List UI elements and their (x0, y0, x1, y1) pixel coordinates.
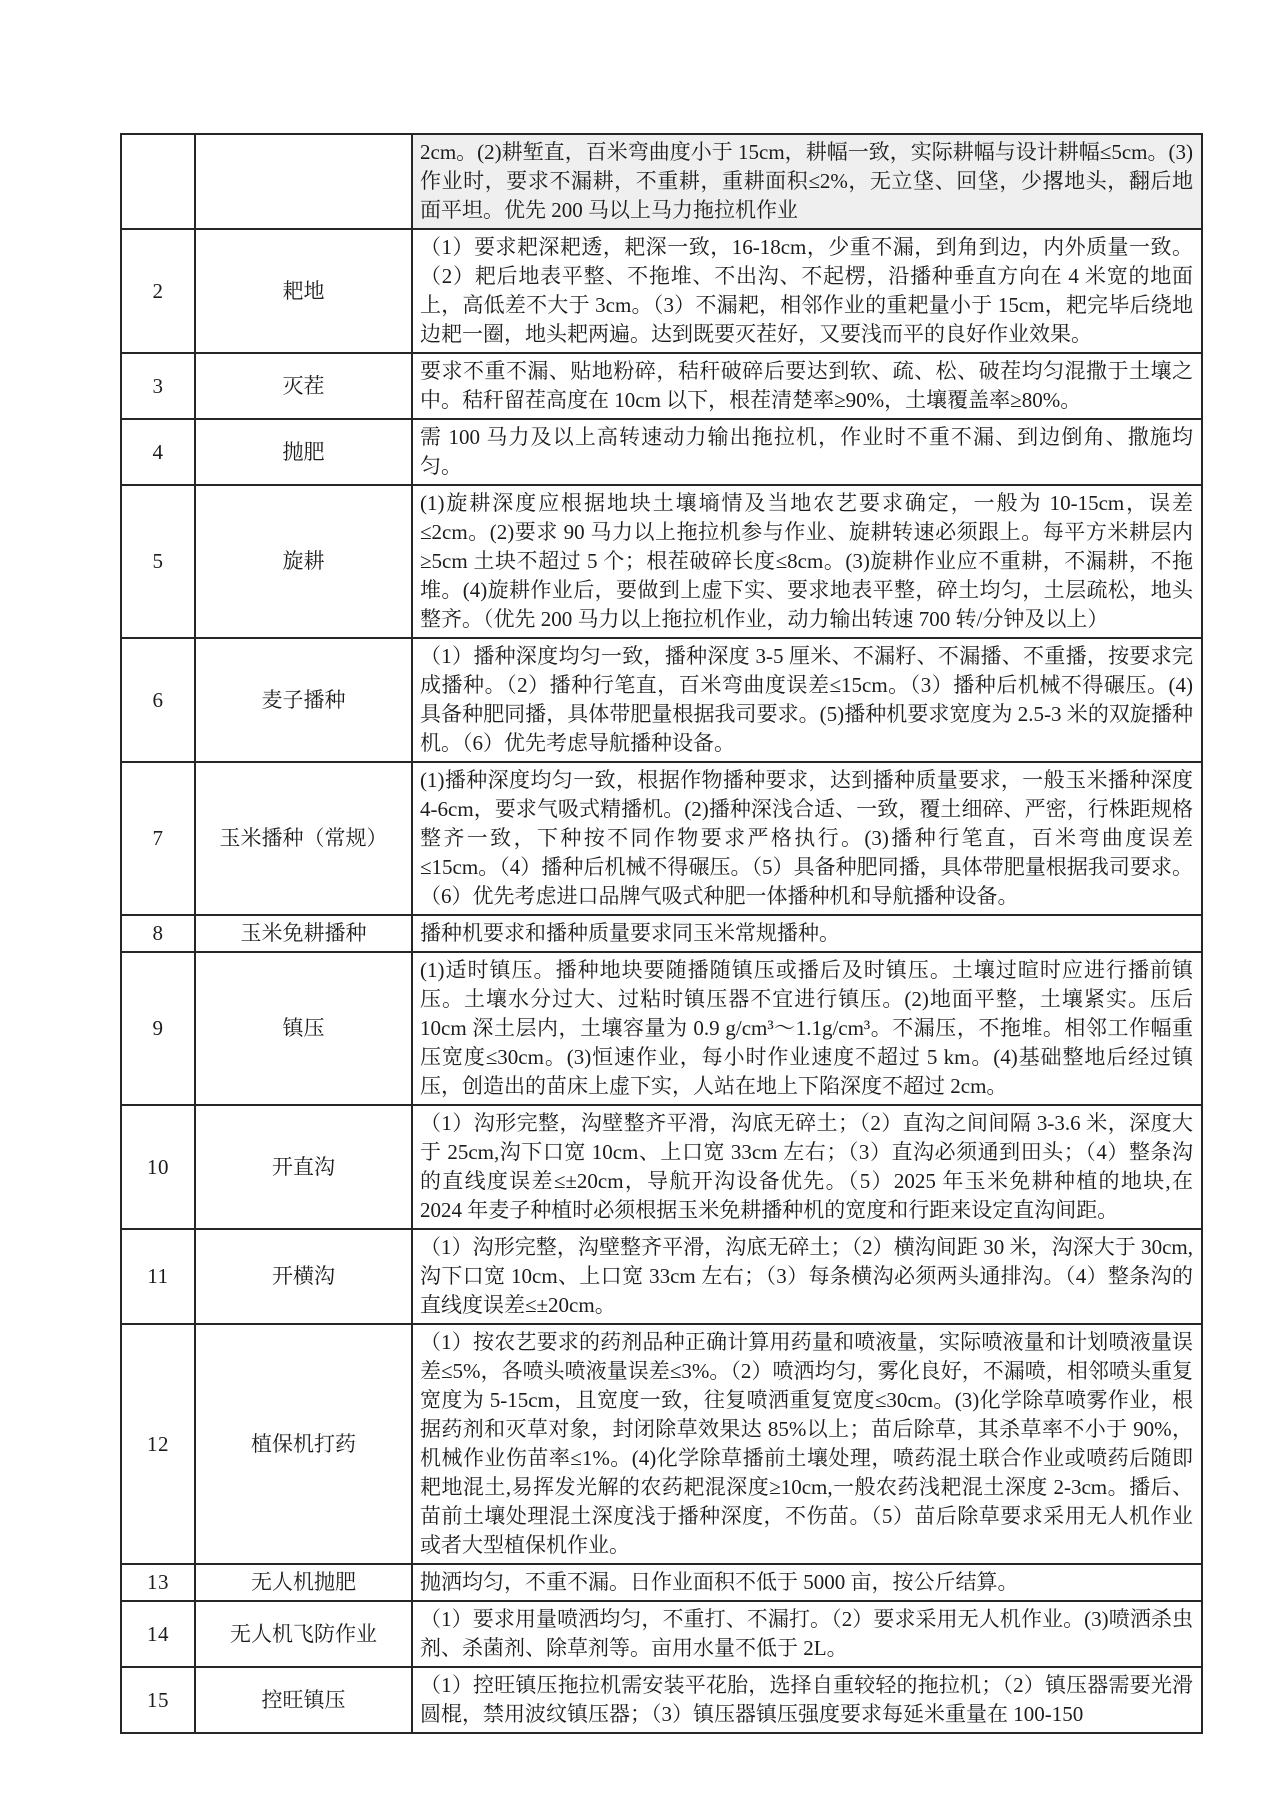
table-row: 6麦子播种（1）播种深度均匀一致，播种深度 3-5 厘米、不漏籽、不漏播、不重播… (121, 638, 1202, 762)
table-row: 9镇压(1)适时镇压。播种地块要随播随镇压或播后及时镇压。土壤过暄时应进行播前镇… (121, 952, 1202, 1105)
operation-name-cell: 镇压 (195, 952, 412, 1105)
operation-name-cell: 玉米播种（常规） (195, 762, 412, 915)
row-number-cell: 6 (121, 638, 195, 762)
operation-name-cell: 控旺镇压 (195, 1667, 412, 1733)
row-number-cell: 5 (121, 485, 195, 638)
requirement-text-cell: （1）控旺镇压拖拉机需安装平花胎，选择自重较轻的拖拉机；（2）镇压器需要光滑圆棍… (412, 1667, 1202, 1733)
row-number-cell: 2 (121, 229, 195, 353)
farm-operation-requirements-table: 2cm。(2)耕堑直，百米弯曲度小于 15cm，耕幅一致，实际耕幅与设计耕幅≤5… (120, 133, 1203, 1734)
row-number-cell (121, 134, 195, 229)
operation-name-cell: 旋耕 (195, 485, 412, 638)
requirement-text-cell: 需 100 马力及以上高转速动力输出拖拉机，作业时不重不漏、到边倒角、撒施均匀。 (412, 419, 1202, 485)
row-number-cell: 8 (121, 915, 195, 952)
operation-name-cell: 植保机打药 (195, 1324, 412, 1564)
requirement-text-cell: （1）沟形完整，沟壁整齐平滑，沟底无碎土；（2）横沟间距 30 米，沟深大于 3… (412, 1229, 1202, 1324)
row-number-cell: 3 (121, 353, 195, 419)
requirement-text-cell: (1)旋耕深度应根据地块土壤墒情及当地农艺要求确定，一般为 10-15cm，误差… (412, 485, 1202, 638)
requirement-text-cell: 要求不重不漏、贴地粉碎，秸秆破碎后要达到软、疏、松、破茬均匀混撒于土壤之中。秸秆… (412, 353, 1202, 419)
operation-name-cell: 玉米免耕播种 (195, 915, 412, 952)
operation-name-cell: 麦子播种 (195, 638, 412, 762)
requirement-text-cell: （1）要求耙深耙透，耙深一致，16-18cm，少重不漏，到角到边，内外质量一致。… (412, 229, 1202, 353)
operation-name-cell: 开横沟 (195, 1229, 412, 1324)
row-number-cell: 9 (121, 952, 195, 1105)
table-body: 2cm。(2)耕堑直，百米弯曲度小于 15cm，耕幅一致，实际耕幅与设计耕幅≤5… (121, 134, 1202, 1733)
row-number-cell: 11 (121, 1229, 195, 1324)
table-row: 5旋耕(1)旋耕深度应根据地块土壤墒情及当地农艺要求确定，一般为 10-15cm… (121, 485, 1202, 638)
table-row: 14无人机飞防作业（1）要求用量喷洒均匀，不重打、不漏打。（2）要求采用无人机作… (121, 1601, 1202, 1667)
requirement-text-cell: （1）播种深度均匀一致，播种深度 3-5 厘米、不漏籽、不漏播、不重播，按要求完… (412, 638, 1202, 762)
row-number-cell: 14 (121, 1601, 195, 1667)
scanned-document-page: 2cm。(2)耕堑直，百米弯曲度小于 15cm，耕幅一致，实际耕幅与设计耕幅≤5… (0, 0, 1280, 1808)
table-row: 12植保机打药（1）按农艺要求的药剂品种正确计算用药量和喷液量，实际喷液量和计划… (121, 1324, 1202, 1564)
requirement-text-cell: 2cm。(2)耕堑直，百米弯曲度小于 15cm，耕幅一致，实际耕幅与设计耕幅≤5… (412, 134, 1202, 229)
requirement-text-cell: （1）按农艺要求的药剂品种正确计算用药量和喷液量，实际喷液量和计划喷液量误差≤5… (412, 1324, 1202, 1564)
row-number-cell: 7 (121, 762, 195, 915)
row-number-cell: 10 (121, 1105, 195, 1229)
table-row: 3灭茬要求不重不漏、贴地粉碎，秸秆破碎后要达到软、疏、松、破茬均匀混撒于土壤之中… (121, 353, 1202, 419)
table-row: 15控旺镇压（1）控旺镇压拖拉机需安装平花胎，选择自重较轻的拖拉机；（2）镇压器… (121, 1667, 1202, 1733)
table-row: 13无人机抛肥抛洒均匀，不重不漏。日作业面积不低于 5000 亩，按公斤结算。 (121, 1564, 1202, 1601)
operation-name-cell: 抛肥 (195, 419, 412, 485)
requirement-text-cell: (1)播种深度均匀一致，根据作物播种要求，达到播种质量要求，一般玉米播种深度 4… (412, 762, 1202, 915)
operation-name-cell: 耙地 (195, 229, 412, 353)
table-row: 7玉米播种（常规）(1)播种深度均匀一致，根据作物播种要求，达到播种质量要求，一… (121, 762, 1202, 915)
row-number-cell: 4 (121, 419, 195, 485)
operation-name-cell: 灭茬 (195, 353, 412, 419)
table-row: 2cm。(2)耕堑直，百米弯曲度小于 15cm，耕幅一致，实际耕幅与设计耕幅≤5… (121, 134, 1202, 229)
requirement-text-cell: 播种机要求和播种质量要求同玉米常规播种。 (412, 915, 1202, 952)
operation-name-cell: 无人机飞防作业 (195, 1601, 412, 1667)
table-row: 11开横沟（1）沟形完整，沟壁整齐平滑，沟底无碎土；（2）横沟间距 30 米，沟… (121, 1229, 1202, 1324)
row-number-cell: 13 (121, 1564, 195, 1601)
table-row: 8玉米免耕播种播种机要求和播种质量要求同玉米常规播种。 (121, 915, 1202, 952)
requirement-text-cell: 抛洒均匀，不重不漏。日作业面积不低于 5000 亩，按公斤结算。 (412, 1564, 1202, 1601)
requirement-text-cell: （1）要求用量喷洒均匀，不重打、不漏打。（2）要求采用无人机作业。(3)喷洒杀虫… (412, 1601, 1202, 1667)
row-number-cell: 15 (121, 1667, 195, 1733)
table-row: 2耙地（1）要求耙深耙透，耙深一致，16-18cm，少重不漏，到角到边，内外质量… (121, 229, 1202, 353)
operation-name-cell: 无人机抛肥 (195, 1564, 412, 1601)
requirement-text-cell: (1)适时镇压。播种地块要随播随镇压或播后及时镇压。土壤过暄时应进行播前镇压。土… (412, 952, 1202, 1105)
requirement-text-cell: （1）沟形完整，沟壁整齐平滑，沟底无碎土；（2）直沟之间间隔 3-3.6 米，深… (412, 1105, 1202, 1229)
row-number-cell: 12 (121, 1324, 195, 1564)
operation-name-cell: 开直沟 (195, 1105, 412, 1229)
table-row: 4抛肥需 100 马力及以上高转速动力输出拖拉机，作业时不重不漏、到边倒角、撒施… (121, 419, 1202, 485)
operation-name-cell (195, 134, 412, 229)
table-row: 10开直沟（1）沟形完整，沟壁整齐平滑，沟底无碎土；（2）直沟之间间隔 3-3.… (121, 1105, 1202, 1229)
